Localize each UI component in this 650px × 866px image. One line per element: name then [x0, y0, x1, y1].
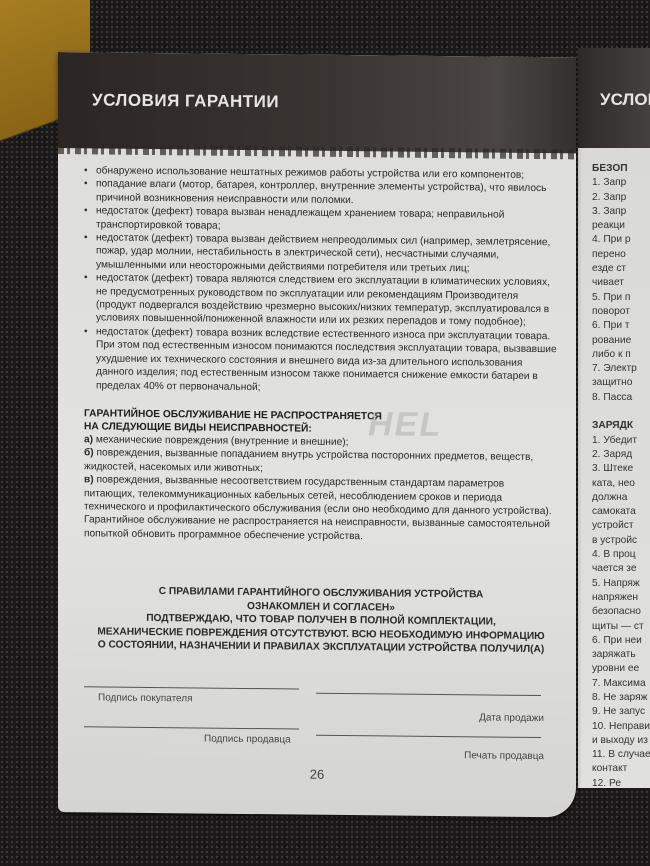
next-page-line: поворот [592, 305, 650, 319]
next-page-line: ЗАРЯДК [592, 419, 650, 433]
next-page-line: 9. Не запус [592, 705, 650, 719]
next-page-line: 11. В случае [592, 748, 650, 762]
buyer-signature-label: Подпись покупателя [98, 692, 193, 704]
warranty-condition-item: недостаток (дефект) товара являются след… [84, 272, 558, 331]
warranty-page: УСЛОВИЯ ГАРАНТИИ обнаружено использовани… [58, 52, 576, 817]
next-page-text: БЕЗОП1. Запр2. Запр3. Запрреакци4. При р… [592, 162, 650, 788]
exclusion-text: повреждения, вызванные несоответствием г… [84, 475, 552, 518]
next-page-line: 10. Неправи [592, 720, 650, 734]
next-page-line: чивает [592, 276, 650, 290]
warranty-condition-item: недостаток (дефект) товара возник вследс… [84, 325, 558, 397]
next-page-line: БЕЗОП [592, 162, 650, 176]
next-page-line: 3. Штеке [592, 462, 650, 476]
next-page-line: 8. Пасса [592, 391, 650, 405]
next-page-line: 6. При т [592, 319, 650, 333]
next-page-line: устройст [592, 519, 650, 533]
next-page-line: 8. Не заряж [592, 691, 650, 705]
seller-signature-label: Подпись продавца [204, 734, 291, 746]
next-page-line: перено [592, 248, 650, 262]
next-page: УСЛОВИЯ БЕЗОП1. Запр2. Запр3. Запрреакци… [578, 48, 650, 788]
next-page-line: 1. Запр [592, 176, 650, 190]
exclusion-text: повреждения, вызванные попаданием внутрь… [84, 448, 533, 474]
exclusion-letter: б) [84, 448, 94, 459]
next-page-line: уровни ее [592, 662, 650, 676]
next-page-line: безопасно [592, 605, 650, 619]
page-title: УСЛОВИЯ ГАРАНТИИ [92, 90, 279, 112]
next-page-line: езде ст [592, 262, 650, 276]
exclusion-letter: а) [84, 434, 93, 445]
next-page-line: заряжать [592, 648, 650, 662]
next-page-line: 12. Ре [592, 777, 650, 788]
buyer-signature-line [84, 686, 299, 689]
seller-stamp-label: Печать продавца [464, 750, 544, 762]
next-page-line: контакт [592, 762, 650, 776]
header-band: УСЛОВИЯ ГАРАНТИИ [58, 52, 576, 153]
next-page-line: 2. Запр [592, 191, 650, 205]
exclusions-section: ГАРАНТИЙНОЕ ОБСЛУЖИВАНИЕ НЕ РАСПРОСТРАНЯ… [84, 407, 558, 545]
confirmation-block: С ПРАВИЛАМИ ГАРАНТИЙНОГО ОБСЛУЖИВАНИЯ УС… [84, 584, 558, 656]
next-page-line: защитно [592, 376, 650, 390]
next-page-line: 7. Максима [592, 677, 650, 691]
seller-signature-line [84, 726, 299, 729]
exclusions-list: а) механические повреждения (внутренние … [84, 433, 558, 518]
next-page-line [592, 405, 650, 419]
next-page-line: либо к п [592, 348, 650, 362]
signature-area: Подпись покупателя Дата продажи Подпись … [84, 674, 558, 779]
next-page-line: и выходу из [592, 734, 650, 748]
next-page-line: должна [592, 491, 650, 505]
software-note: Гарантийное обслуживание не распространя… [84, 514, 558, 546]
next-page-line: 6. При неи [592, 634, 650, 648]
warranty-content: обнаружено использование нештатных режим… [84, 164, 558, 545]
next-page-line: рование [592, 334, 650, 348]
next-page-line: 5. При п [592, 291, 650, 305]
next-page-line: 4. При р [592, 233, 650, 247]
next-page-line: 7. Электр [592, 362, 650, 376]
exclusion-text: механические повреждения (внутренние и в… [96, 434, 349, 448]
warranty-condition-item: недостаток (дефект) товара вызван действ… [84, 231, 558, 276]
next-page-line: напряжен [592, 591, 650, 605]
sale-date-line [316, 693, 541, 696]
next-page-line: реакци [592, 219, 650, 233]
next-page-line: чается зе [592, 562, 650, 576]
next-page-title: УСЛОВИЯ [600, 90, 650, 110]
seller-stamp-line [316, 735, 541, 738]
next-page-line: 5. Напряж [592, 577, 650, 591]
next-page-line: щиты — ст [592, 620, 650, 634]
next-page-header: УСЛОВИЯ [578, 48, 650, 148]
exclusion-item: в) повреждения, вызванные несоответствие… [84, 473, 558, 518]
next-page-line: 1. Убедит [592, 434, 650, 448]
next-page-line: самоката [592, 505, 650, 519]
next-page-line: в устройс [592, 534, 650, 548]
warranty-conditions-list: обнаружено использование нештатных режим… [84, 164, 558, 397]
next-page-line: 3. Запр [592, 205, 650, 219]
next-page-line: 4. В проц [592, 548, 650, 562]
sale-date-label: Дата продажи [479, 712, 544, 724]
next-page-line: ката, нео [592, 477, 650, 491]
brand-watermark: HEL [368, 405, 442, 445]
exclusion-letter: в) [84, 474, 94, 485]
next-page-line: 2. Заряд [592, 448, 650, 462]
